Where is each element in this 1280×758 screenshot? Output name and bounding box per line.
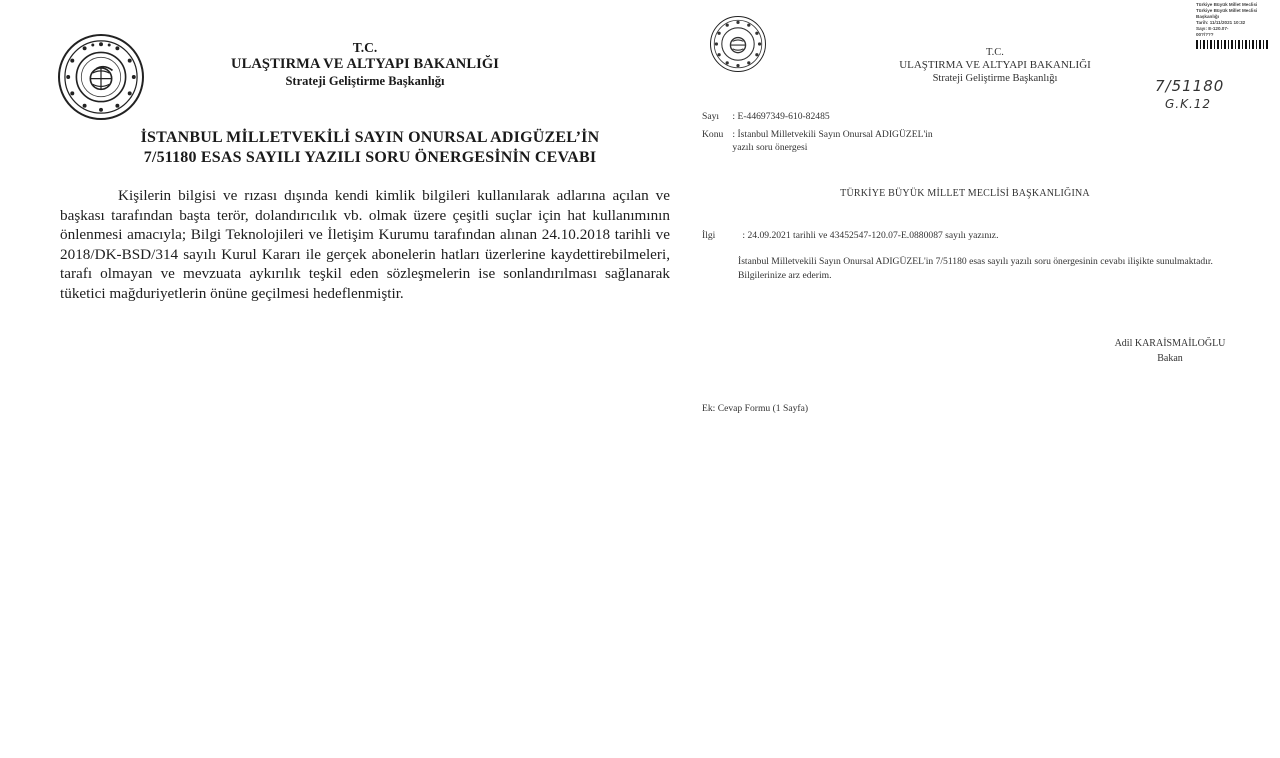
letter-body: İstanbul Milletvekili Sayın Onursal ADIG… xyxy=(702,255,1247,283)
tc-label: T.C. xyxy=(180,40,550,56)
addressee: TÜRKİYE BÜYÜK MİLLET MECLİSİ BAŞKANLIĞIN… xyxy=(790,188,1140,199)
handwritten-reference: 7/51180 xyxy=(1155,77,1224,95)
ministry-seal-icon xyxy=(58,34,144,120)
signer-name: Adil KARAİSMAİLOĞLU xyxy=(1090,336,1250,351)
ministry-name: ULAŞTIRMA VE ALTYAPI BAKANLIĞI xyxy=(180,56,550,73)
ministry-name: ULAŞTIRMA VE ALTYAPI BAKANLIĞI xyxy=(850,59,1140,72)
signature-block: Adil KARAİSMAİLOĞLU Bakan xyxy=(1090,336,1250,366)
ilgi-row: İlgi : 24.09.2021 tarihli ve 43452547-12… xyxy=(702,229,998,242)
ministry-seal-icon xyxy=(710,16,766,72)
handwritten-code: G.K.12 xyxy=(1165,97,1211,111)
body-paragraph: İstanbul Milletvekili Sayın Onursal ADIG… xyxy=(702,255,1247,269)
konu-label: Konu xyxy=(702,128,730,141)
sayi-label: Sayı xyxy=(702,110,730,123)
answer-page: T.C. ULAŞTIRMA VE ALTYAPI BAKANLIĞI Stra… xyxy=(0,0,700,758)
stamp-number-cont: 00?/??? xyxy=(1196,32,1278,38)
letterhead: T.C. ULAŞTIRMA VE ALTYAPI BAKANLIĞI Stra… xyxy=(180,40,550,89)
letterhead: T.C. ULAŞTIRMA VE ALTYAPI BAKANLIĞI Stra… xyxy=(850,46,1140,85)
ilgi-value: : 24.09.2021 tarihli ve 43452547-120.07-… xyxy=(742,230,998,241)
ilgi-label: İlgi xyxy=(702,229,740,242)
title-line-1: İSTANBUL MİLLETVEKİLİ SAYIN ONURSAL ADIG… xyxy=(95,128,645,148)
signer-title: Bakan xyxy=(1090,351,1250,366)
cover-letter-page: T.C. ULAŞTIRMA VE ALTYAPI BAKANLIĞI Stra… xyxy=(690,0,1280,758)
tbmm-receipt-stamp: Türkiye Büyük Millet Meclisi Türkiye Büy… xyxy=(1196,2,1278,49)
konu-value: : İstanbul Milletvekili Sayın Onursal AD… xyxy=(732,128,952,154)
title-line-2: 7/51180 ESAS SAYILI YAZILI SORU ÖNERGESİ… xyxy=(95,148,645,168)
closing-line: Bilgilerinize arz ederim. xyxy=(702,269,1247,283)
sayi-row: Sayı : E-44697349-610-82485 xyxy=(702,110,830,123)
konu-row: Konu : İstanbul Milletvekili Sayın Onurs… xyxy=(702,128,952,154)
barcode-icon xyxy=(1196,40,1268,49)
document-title: İSTANBUL MİLLETVEKİLİ SAYIN ONURSAL ADIG… xyxy=(95,128,645,168)
attachment-note: Ek: Cevap Formu (1 Sayfa) xyxy=(702,403,808,414)
tc-label: T.C. xyxy=(850,46,1140,59)
department-name: Strateji Geliştirme Başkanlığı xyxy=(850,72,1140,85)
department-name: Strateji Geliştirme Başkanlığı xyxy=(180,74,550,89)
answer-body: Kişilerin bilgisi ve rızası dışında kend… xyxy=(60,186,670,304)
sayi-value: : E-44697349-610-82485 xyxy=(732,111,829,122)
